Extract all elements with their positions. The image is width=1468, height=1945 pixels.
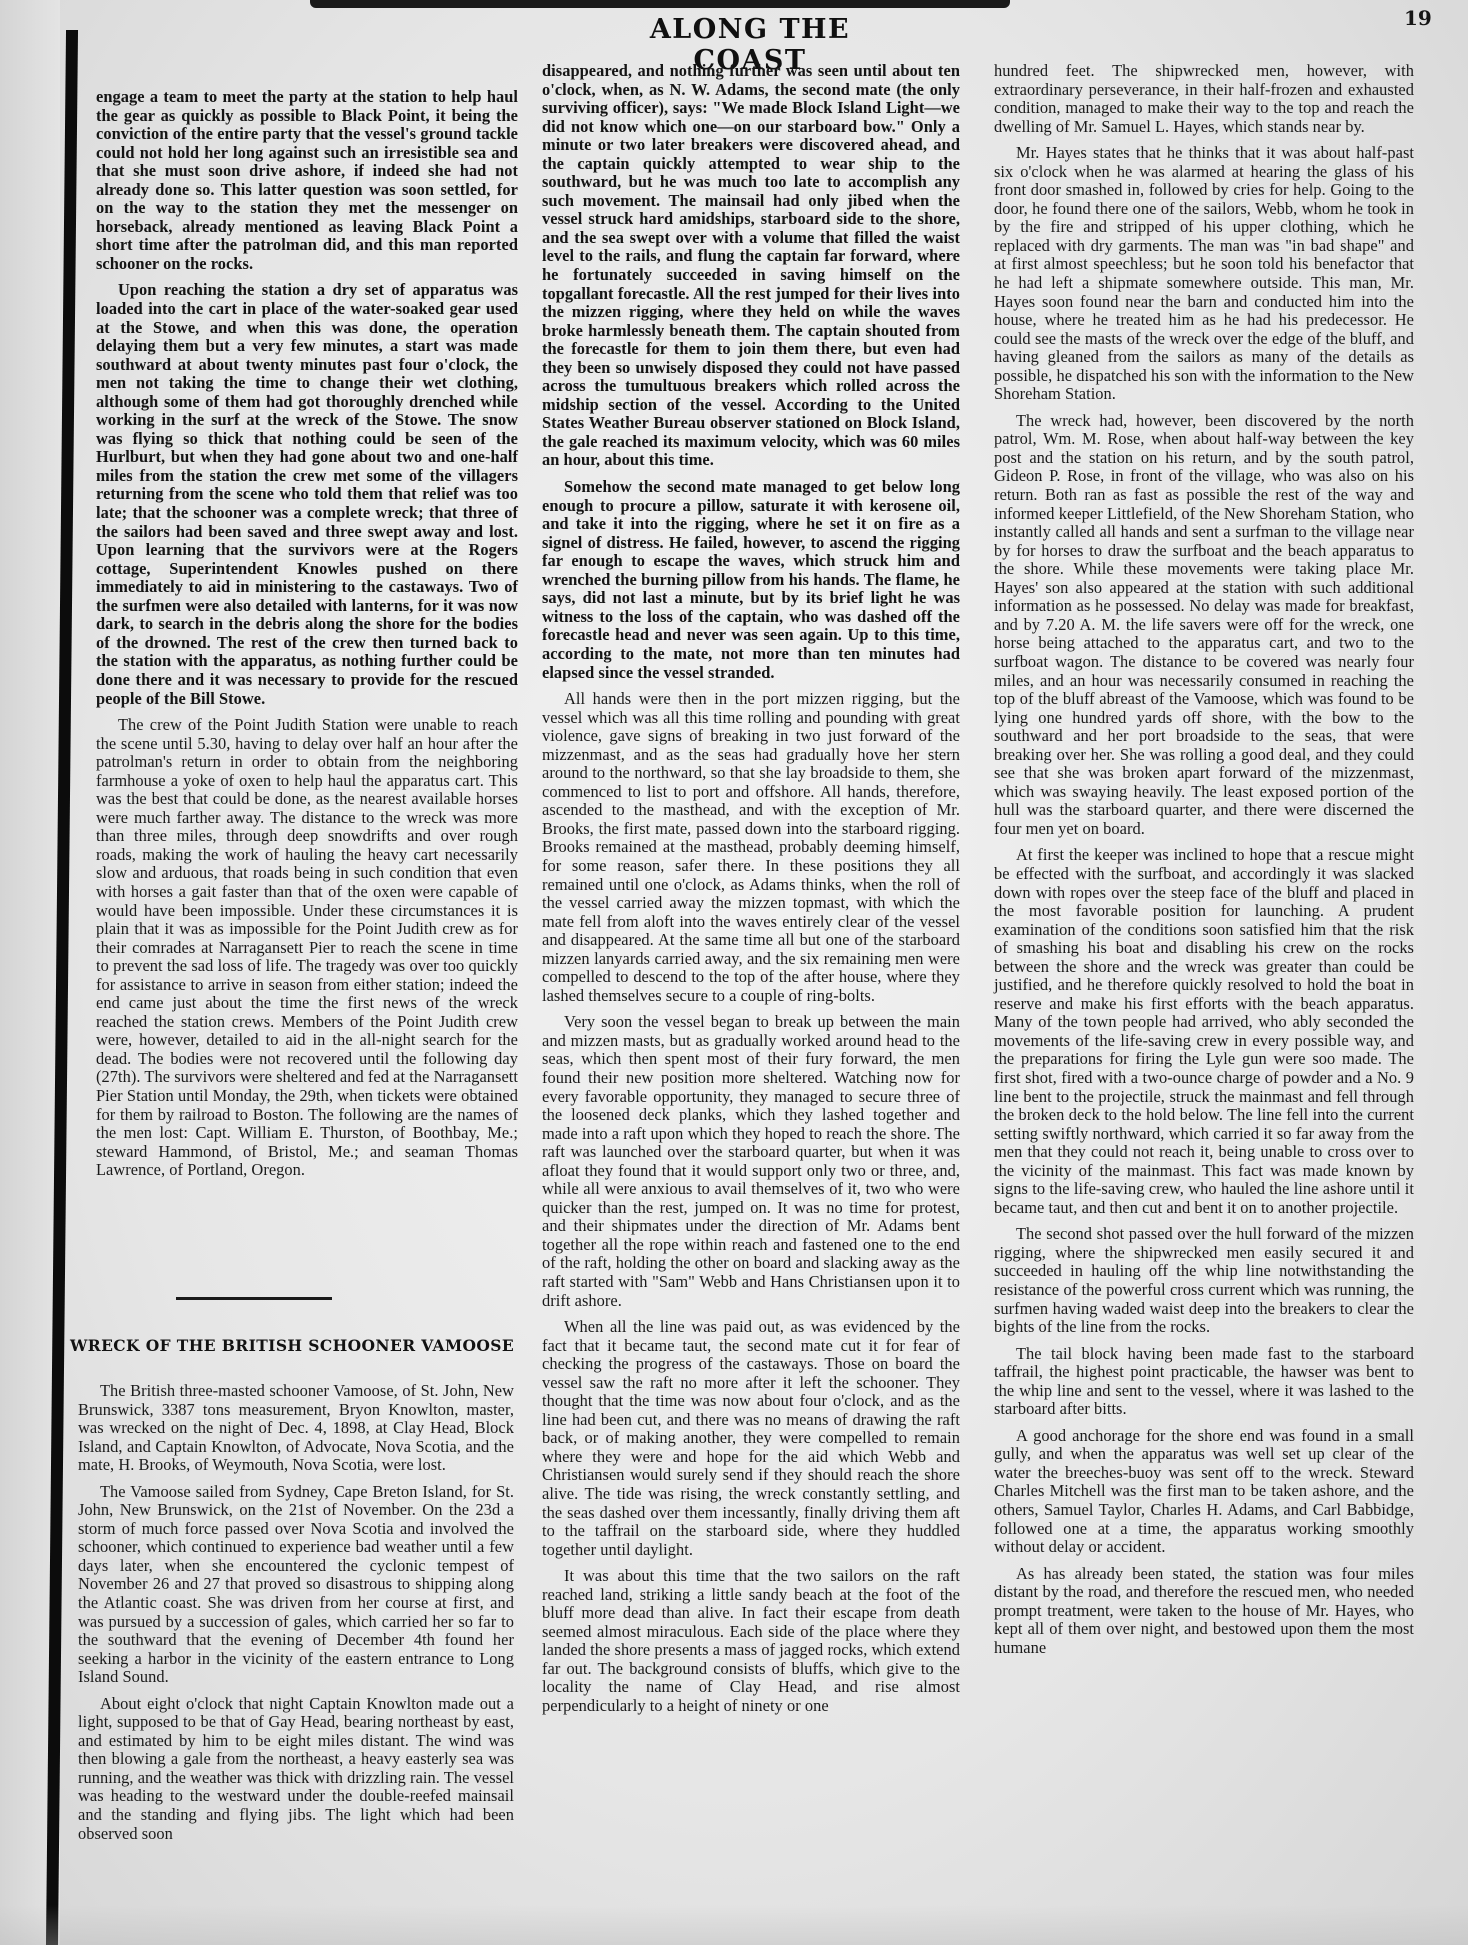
paragraph: About eight o'clock that night Captain K… bbox=[78, 1695, 514, 1843]
paragraph: At first the keeper was inclined to hope… bbox=[994, 846, 1414, 1217]
article-divider-rule bbox=[176, 1297, 332, 1300]
paragraph: The crew of the Point Judith Station wer… bbox=[96, 716, 518, 1180]
bottom-edge-shading bbox=[0, 1905, 1468, 1945]
column-3: hundred feet. The shipwrecked men, howev… bbox=[994, 62, 1414, 1665]
column-2: disappeared, and nothing further was see… bbox=[542, 62, 960, 1724]
paragraph: disappeared, and nothing further was see… bbox=[542, 62, 960, 470]
page-number: 19 bbox=[1404, 6, 1432, 30]
paragraph: The tail block having been made fast to … bbox=[994, 1345, 1414, 1419]
paragraph: hundred feet. The shipwrecked men, howev… bbox=[994, 62, 1414, 136]
paragraph: Very soon the vessel began to break up b… bbox=[542, 1013, 960, 1310]
paragraph: When all the line was paid out, as was e… bbox=[542, 1318, 960, 1559]
column-1-vamoose-article: The British three-masted schooner Vamoos… bbox=[78, 1382, 514, 1851]
paragraph: Somehow the second mate managed to get b… bbox=[542, 478, 960, 682]
paragraph: All hands were then in the port mizzen r… bbox=[542, 690, 960, 1005]
paragraph: The second shot passed over the hull for… bbox=[994, 1225, 1414, 1336]
paragraph: The Vamoose sailed from Sydney, Cape Bre… bbox=[78, 1483, 514, 1687]
paragraph: engage a team to meet the party at the s… bbox=[96, 88, 518, 273]
paragraph: As has already been stated, the station … bbox=[994, 1565, 1414, 1658]
top-edge-shadow bbox=[310, 0, 1010, 8]
paragraph: Upon reaching the station a dry set of a… bbox=[96, 281, 518, 708]
scanned-page: ALONG THE COAST 19 engage a team to meet… bbox=[0, 0, 1468, 1945]
paragraph: It was about this time that the two sail… bbox=[542, 1567, 960, 1715]
paragraph: The British three-masted schooner Vamoos… bbox=[78, 1382, 514, 1475]
column-1-article-continuation: engage a team to meet the party at the s… bbox=[96, 88, 518, 1188]
paragraph: Mr. Hayes states that he thinks that it … bbox=[994, 144, 1414, 404]
paragraph: A good anchorage for the shore end was f… bbox=[994, 1427, 1414, 1557]
section-heading: WRECK OF THE BRITISH SCHOONER VAMOOSE bbox=[70, 1336, 520, 1355]
paragraph: The wreck had, however, been discovered … bbox=[994, 412, 1414, 839]
